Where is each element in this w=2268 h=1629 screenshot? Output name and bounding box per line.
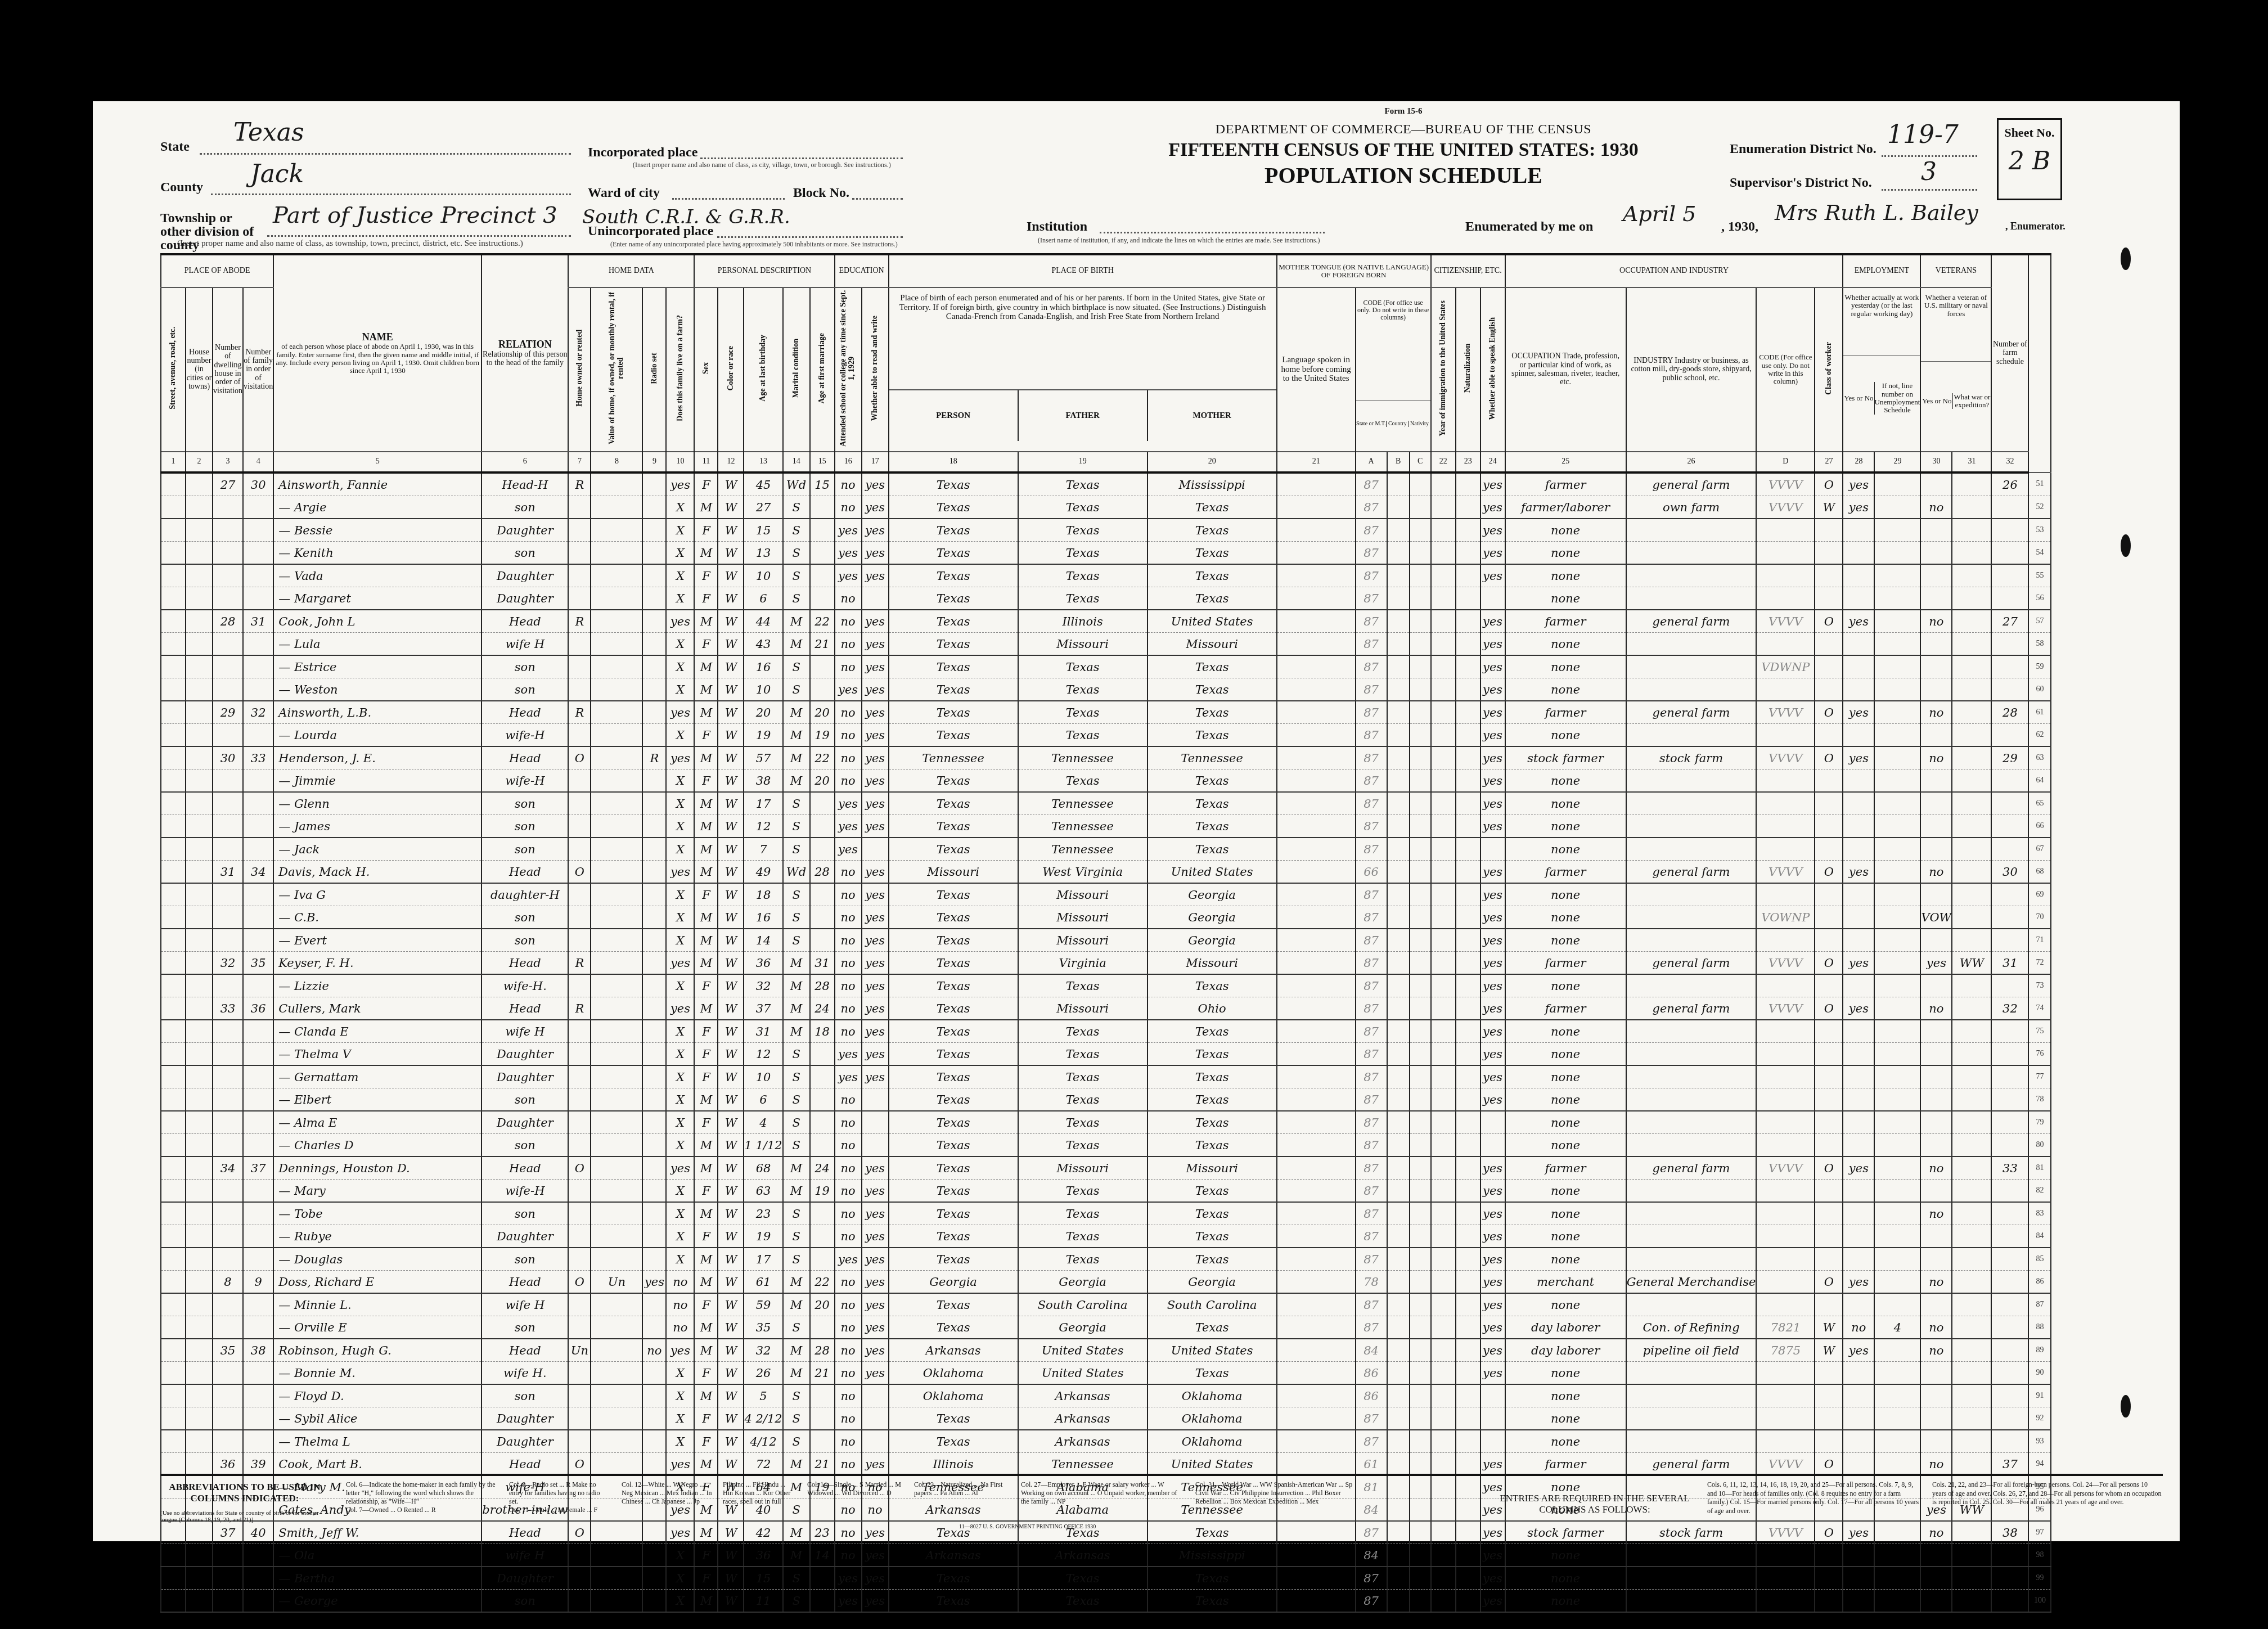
language-cell — [1277, 1293, 1356, 1316]
english-cell: yes — [1480, 1088, 1505, 1111]
immigration-cell — [1431, 610, 1456, 633]
father-birthplace-cell: Virginia — [1018, 952, 1147, 975]
at-work-cell: yes — [1843, 496, 1874, 519]
street-cell — [161, 564, 186, 587]
farm-schedule-cell — [1991, 1065, 2028, 1088]
street-cell — [161, 1590, 186, 1613]
war-cell — [1952, 1293, 1991, 1316]
sex-cell: M — [694, 952, 718, 975]
family-number-cell — [243, 974, 273, 997]
unemployment-line-cell — [1874, 1430, 1920, 1453]
unemployment-line-cell — [1874, 792, 1920, 815]
dwelling-number-cell — [213, 678, 243, 701]
naturalization-cell — [1456, 929, 1480, 952]
mother-birthplace-cell: Texas — [1147, 1225, 1277, 1248]
line-number-cell: 51 — [2028, 472, 2051, 496]
street-cell — [161, 1339, 186, 1362]
column-age-header: Age at last birthday — [744, 287, 782, 452]
war-cell — [1952, 564, 1991, 587]
immigration-cell — [1431, 1065, 1456, 1088]
person-name-cell: — Alma E — [273, 1111, 481, 1134]
language-cell — [1277, 564, 1356, 587]
at-work-cell: yes — [1843, 701, 1874, 724]
farm-cell: X — [666, 678, 694, 701]
radio-cell — [642, 929, 666, 952]
naturalization-cell — [1456, 1134, 1480, 1157]
immigration-cell — [1431, 906, 1456, 929]
read-write-cell: yes — [862, 861, 889, 884]
home-owned-cell — [568, 1202, 591, 1225]
occupation-cell: none — [1505, 1384, 1626, 1407]
state-code-cell: 87 — [1356, 746, 1387, 769]
home-value-cell — [591, 1430, 642, 1453]
veteran-cell: yes — [1920, 952, 1952, 975]
father-birthplace-cell: Texas — [1018, 1111, 1147, 1134]
home-value-cell — [591, 1043, 642, 1066]
street-cell — [161, 1453, 186, 1476]
column-number: 8 — [591, 452, 642, 472]
state-code-cell: 87 — [1356, 906, 1387, 929]
table-row: — Olawife HXFW36M14noyesArkansasArkansas… — [161, 1544, 2051, 1567]
radio-cell — [642, 1156, 666, 1180]
occupation-code-cell: VVVV — [1756, 472, 1815, 496]
street-cell — [161, 997, 186, 1020]
school-cell: no — [835, 974, 862, 997]
father-birthplace-cell: Texas — [1018, 1020, 1147, 1043]
home-value-cell — [591, 1156, 642, 1180]
home-owned-cell — [568, 678, 591, 701]
country-code-cell — [1387, 724, 1410, 747]
age-cell: 4 — [744, 1111, 782, 1134]
nativity-code-cell — [1410, 1111, 1431, 1134]
occupation-code-cell: VVVV — [1756, 997, 1815, 1020]
column-number: 21 — [1277, 452, 1356, 472]
occupation-cell: none — [1505, 1430, 1626, 1453]
industry-cell — [1626, 1407, 1757, 1430]
table-row: — Thelma LDaughterXFW4/12SnoTexasArkansa… — [161, 1430, 2051, 1453]
age-cell: 12 — [744, 815, 782, 838]
street-cell — [161, 1111, 186, 1134]
class-worker-cell — [1815, 678, 1843, 701]
farm-schedule-cell — [1991, 1590, 2028, 1613]
birthplace-cell: Texas — [889, 564, 1018, 587]
race-cell: W — [718, 542, 744, 565]
entries-list-1: Cols. 6, 11, 12, 13, 14, 16, 18, 19, 20,… — [1707, 1480, 1921, 1515]
home-value-cell — [591, 1065, 642, 1088]
immigration-cell — [1431, 1430, 1456, 1453]
birthplace-cell: Texas — [889, 496, 1018, 519]
country-code-cell — [1387, 746, 1410, 769]
line-number-cell: 84 — [2028, 1225, 2051, 1248]
father-birthplace-cell: Arkansas — [1018, 1430, 1147, 1453]
street-cell — [161, 542, 186, 565]
father-birthplace-cell: Texas — [1018, 496, 1147, 519]
table-row: — KenithsonXMW13SyesyesTexasTexasTexas87… — [161, 542, 2051, 565]
industry-cell — [1626, 929, 1757, 952]
person-name-cell: — Glenn — [273, 792, 481, 815]
race-cell: W — [718, 1407, 744, 1430]
veteran-cell — [1920, 815, 1952, 838]
country-code-cell — [1387, 633, 1410, 656]
home-value-cell — [591, 724, 642, 747]
house-number-cell — [186, 1156, 213, 1180]
dwelling-number-cell — [213, 883, 243, 906]
age-cell: 11 — [744, 1590, 782, 1613]
table-row: — Lulawife HXFW43M21noyesTexasMissouriMi… — [161, 633, 2051, 656]
nativity-code-cell — [1410, 746, 1431, 769]
english-cell: yes — [1480, 1271, 1505, 1294]
home-owned-cell — [568, 1407, 591, 1430]
home-owned-cell — [568, 724, 591, 747]
industry-cell — [1626, 564, 1757, 587]
table-row: — BerthaDaughterXFW15SyesyesTexasTexasTe… — [161, 1567, 2051, 1590]
read-write-cell — [862, 1430, 889, 1453]
english-cell: yes — [1480, 1544, 1505, 1567]
naturalization-cell — [1456, 1156, 1480, 1180]
immigration-cell — [1431, 542, 1456, 565]
language-cell — [1277, 1134, 1356, 1157]
family-number-cell — [243, 1248, 273, 1271]
veteran-cell — [1920, 678, 1952, 701]
english-cell: yes — [1480, 1180, 1505, 1203]
line-number-cell: 66 — [2028, 815, 2051, 838]
birthplace-cell: Oklahoma — [889, 1362, 1018, 1385]
house-number-cell — [186, 997, 213, 1020]
marital-cell: S — [783, 883, 810, 906]
school-cell: no — [835, 883, 862, 906]
birthplace-cell: Texas — [889, 769, 1018, 793]
farm-cell: X — [666, 1134, 694, 1157]
person-name-cell: — Minnie L. — [273, 1293, 481, 1316]
class-worker-cell — [1815, 1020, 1843, 1043]
column-number: A — [1356, 452, 1387, 472]
occupation-code-cell — [1756, 1111, 1815, 1134]
family-number-cell: 32 — [243, 701, 273, 724]
home-value-cell — [591, 1590, 642, 1613]
father-birthplace-cell: Tennessee — [1018, 838, 1147, 861]
street-cell — [161, 610, 186, 633]
person-name-cell: — Argie — [273, 496, 481, 519]
nativity-code-cell — [1410, 587, 1431, 610]
occupation-cell: none — [1505, 1225, 1626, 1248]
school-cell: no — [835, 906, 862, 929]
dwelling-number-cell — [213, 496, 243, 519]
occupation-code-cell — [1756, 1293, 1815, 1316]
enumerated-year: , 1930, — [1721, 219, 1758, 235]
occupation-cell: none — [1505, 1134, 1626, 1157]
father-birthplace-cell: Texas — [1018, 1043, 1147, 1066]
country-code-cell — [1387, 1134, 1410, 1157]
naturalization-cell — [1456, 1180, 1480, 1203]
marital-cell: Wd — [783, 472, 810, 496]
english-cell: yes — [1480, 1020, 1505, 1043]
radio-cell — [642, 1248, 666, 1271]
home-value-cell — [591, 974, 642, 997]
school-cell: yes — [835, 815, 862, 838]
family-number-cell — [243, 1020, 273, 1043]
read-write-cell: yes — [862, 1339, 889, 1362]
person-name-cell: — Lizzie — [273, 974, 481, 997]
father-birthplace-cell: Texas — [1018, 769, 1147, 793]
dwelling-number-cell — [213, 1111, 243, 1134]
abbr-col12: Col. 12—White ... W Negro ... Neg Mexica… — [622, 1480, 717, 1506]
race-cell: W — [718, 861, 744, 884]
veteran-cell: no — [1920, 1202, 1952, 1225]
age-marriage-cell — [810, 1407, 835, 1430]
language-cell — [1277, 1362, 1356, 1385]
mother-birthplace-cell: Texas — [1147, 1180, 1277, 1203]
person-name-cell: — Charles D — [273, 1134, 481, 1157]
school-cell: no — [835, 746, 862, 769]
nativity-code-cell — [1410, 952, 1431, 975]
age-marriage-cell — [810, 1248, 835, 1271]
mother-birthplace-cell: Missouri — [1147, 633, 1277, 656]
mother-birthplace-cell: Texas — [1147, 769, 1277, 793]
language-cell — [1277, 610, 1356, 633]
table-body: 2730Ainsworth, FannieHead-HRyesFW45Wd15n… — [161, 472, 2051, 1612]
person-name-cell: — Vada — [273, 564, 481, 587]
radio-cell — [642, 1180, 666, 1203]
age-marriage-cell: 22 — [810, 746, 835, 769]
relation-cell: Head — [481, 997, 568, 1020]
war-cell — [1952, 815, 1991, 838]
age-marriage-cell — [810, 883, 835, 906]
nativity-code-cell — [1410, 838, 1431, 861]
home-owned-cell: Un — [568, 1339, 591, 1362]
occupation-cell: none — [1505, 929, 1626, 952]
race-cell: W — [718, 1567, 744, 1590]
dwelling-number-cell — [213, 1544, 243, 1567]
naturalization-cell — [1456, 1362, 1480, 1385]
english-cell: yes — [1480, 564, 1505, 587]
column-number: 1 — [161, 452, 186, 472]
language-cell — [1277, 906, 1356, 929]
war-cell — [1952, 1453, 1991, 1476]
street-cell — [161, 792, 186, 815]
read-write-cell: yes — [862, 564, 889, 587]
column-farm-schedule-header: Number of farm schedule — [1991, 254, 2028, 452]
father-birthplace-cell: South Carolina — [1018, 1293, 1147, 1316]
class-worker-cell — [1815, 1180, 1843, 1203]
country-code-cell — [1387, 769, 1410, 793]
language-cell — [1277, 1202, 1356, 1225]
nativity-code-cell — [1410, 929, 1431, 952]
farm-cell: X — [666, 1180, 694, 1203]
unemployment-line-cell — [1874, 610, 1920, 633]
table-row: 3639Cook, Mart B.HeadOyesMW72M21noyesIll… — [161, 1453, 2051, 1476]
sex-cell: F — [694, 633, 718, 656]
house-number-cell — [186, 838, 213, 861]
dwelling-number-cell — [213, 724, 243, 747]
at-work-cell — [1843, 1453, 1874, 1476]
dwelling-number-cell — [213, 1248, 243, 1271]
english-cell: yes — [1480, 1453, 1505, 1476]
father-birthplace-cell: Arkansas — [1018, 1384, 1147, 1407]
at-work-cell — [1843, 1293, 1874, 1316]
occupation-code-cell — [1756, 542, 1815, 565]
birth-note-header: Place of birth of each person enumerated… — [889, 287, 1277, 452]
class-worker-cell: O — [1815, 997, 1843, 1020]
home-value-cell — [591, 815, 642, 838]
age-marriage-cell — [810, 1384, 835, 1407]
farm-schedule-cell — [1991, 587, 2028, 610]
incorporated-label: Incorporated place — [588, 145, 697, 160]
school-cell: no — [835, 1430, 862, 1453]
sex-cell: M — [694, 1088, 718, 1111]
line-number-cell: 58 — [2028, 633, 2051, 656]
birthplace-cell: Texas — [889, 883, 1018, 906]
unemployment-line-cell — [1874, 997, 1920, 1020]
veteran-cell — [1920, 1088, 1952, 1111]
person-name-cell: Henderson, J. E. — [273, 746, 481, 769]
unemployment-line-cell — [1874, 1407, 1920, 1430]
occupation-cell: none — [1505, 769, 1626, 793]
dwelling-number-cell — [213, 815, 243, 838]
industry-cell — [1626, 1111, 1757, 1134]
occupation-code-cell — [1756, 815, 1815, 838]
occupation-code-cell — [1756, 1271, 1815, 1294]
language-cell — [1277, 997, 1356, 1020]
occupation-code-cell — [1756, 769, 1815, 793]
immigration-cell — [1431, 1407, 1456, 1430]
veteran-cell — [1920, 929, 1952, 952]
country-code-cell — [1387, 1111, 1410, 1134]
war-cell — [1952, 1088, 1991, 1111]
school-cell: no — [835, 1134, 862, 1157]
sex-cell: F — [694, 564, 718, 587]
marital-cell: M — [783, 1453, 810, 1476]
country-code-cell — [1387, 929, 1410, 952]
home-value-cell — [591, 496, 642, 519]
person-name-cell: — Bonnie M. — [273, 1362, 481, 1385]
school-cell: no — [835, 496, 862, 519]
occupation-code-cell: VVVV — [1756, 1156, 1815, 1180]
occupation-code-cell — [1756, 792, 1815, 815]
mother-birthplace-cell: Oklahoma — [1147, 1430, 1277, 1453]
house-number-cell — [186, 1544, 213, 1567]
read-write-cell: yes — [862, 1567, 889, 1590]
language-cell — [1277, 1316, 1356, 1339]
family-number-cell — [243, 633, 273, 656]
language-cell — [1277, 1407, 1356, 1430]
birthplace-cell: Texas — [889, 1316, 1018, 1339]
occupation-cell: stock farmer — [1505, 746, 1626, 769]
mother-birthplace-cell: Texas — [1147, 496, 1277, 519]
war-cell — [1952, 746, 1991, 769]
marital-cell: S — [783, 519, 810, 542]
sex-cell: F — [694, 1293, 718, 1316]
farm-schedule-cell — [1991, 1020, 2028, 1043]
nativity-code-cell — [1410, 519, 1431, 542]
family-number-cell — [243, 929, 273, 952]
ed-value: 119-7 — [1887, 120, 1959, 149]
person-name-cell: Cullers, Mark — [273, 997, 481, 1020]
unemployment-line-cell — [1874, 1156, 1920, 1180]
house-number-cell — [186, 1134, 213, 1157]
column-class-worker-header: Class of worker — [1815, 287, 1843, 452]
at-work-cell: no — [1843, 1316, 1874, 1339]
english-cell: yes — [1480, 472, 1505, 496]
school-cell: no — [835, 472, 862, 496]
home-value-cell — [591, 883, 642, 906]
radio-cell: no — [642, 1339, 666, 1362]
language-cell — [1277, 838, 1356, 861]
person-name-cell: — George — [273, 1590, 481, 1613]
state-code-cell: 61 — [1356, 1453, 1387, 1476]
sex-cell: F — [694, 724, 718, 747]
home-owned-cell — [568, 1248, 591, 1271]
english-cell: yes — [1480, 769, 1505, 793]
house-number-cell — [186, 633, 213, 656]
marital-cell: M — [783, 1339, 810, 1362]
race-cell: W — [718, 1180, 744, 1203]
read-write-cell: yes — [862, 1248, 889, 1271]
industry-cell: general farm — [1626, 997, 1757, 1020]
home-owned-cell — [568, 1088, 591, 1111]
unemployment-line-cell — [1874, 1271, 1920, 1294]
family-number-cell — [243, 1384, 273, 1407]
column-number: B — [1387, 452, 1410, 472]
marital-cell: S — [783, 906, 810, 929]
relation-cell: daughter-H — [481, 883, 568, 906]
table-row: — TobesonXMW23SnoyesTexasTexasTexas87yes… — [161, 1202, 2051, 1225]
immigration-cell — [1431, 1544, 1456, 1567]
country-code-cell — [1387, 1180, 1410, 1203]
immigration-cell — [1431, 633, 1456, 656]
birthplace-cell: Texas — [889, 929, 1018, 952]
father-birthplace-cell: Texas — [1018, 1134, 1147, 1157]
at-work-cell — [1843, 587, 1874, 610]
home-owned-cell — [568, 1020, 591, 1043]
read-write-cell: yes — [862, 1180, 889, 1203]
occupation-cell: farmer — [1505, 472, 1626, 496]
farm-schedule-cell — [1991, 1248, 2028, 1271]
line-number-cell: 77 — [2028, 1065, 2051, 1088]
family-number-cell — [243, 1362, 273, 1385]
dwelling-number-cell — [213, 1065, 243, 1088]
father-birthplace-cell: Texas — [1018, 1590, 1147, 1613]
table-row: — GernattamDaughterXFW10SyesyesTexasTexa… — [161, 1065, 2051, 1088]
race-cell: W — [718, 952, 744, 975]
country-code-cell — [1387, 861, 1410, 884]
line-number-cell: 81 — [2028, 1156, 2051, 1180]
war-cell — [1952, 1567, 1991, 1590]
school-cell: no — [835, 1202, 862, 1225]
war-cell — [1952, 929, 1991, 952]
nativity-code-cell — [1410, 1248, 1431, 1271]
english-cell: yes — [1480, 883, 1505, 906]
read-write-cell: yes — [862, 542, 889, 565]
line-number-cell: 74 — [2028, 997, 2051, 1020]
age-marriage-cell: 22 — [810, 1271, 835, 1294]
read-write-cell: yes — [862, 997, 889, 1020]
age-marriage-cell — [810, 906, 835, 929]
table-row: — GeorgesonXMW11SyesyesTexasTexasTexas87… — [161, 1590, 2051, 1613]
naturalization-cell — [1456, 1384, 1480, 1407]
radio-cell — [642, 1202, 666, 1225]
at-work-cell — [1843, 1590, 1874, 1613]
language-cell — [1277, 1156, 1356, 1180]
father-birthplace-cell: Missouri — [1018, 1156, 1147, 1180]
abbr-col9: Col. 9—Radio set ... R Make no entry for… — [509, 1480, 610, 1514]
at-work-cell — [1843, 769, 1874, 793]
birthplace-cell: Texas — [889, 1043, 1018, 1066]
age-marriage-cell — [810, 1065, 835, 1088]
industry-cell: general farm — [1626, 1453, 1757, 1476]
age-cell: 43 — [744, 633, 782, 656]
occupation-cell: none — [1505, 587, 1626, 610]
naturalization-cell — [1456, 1202, 1480, 1225]
